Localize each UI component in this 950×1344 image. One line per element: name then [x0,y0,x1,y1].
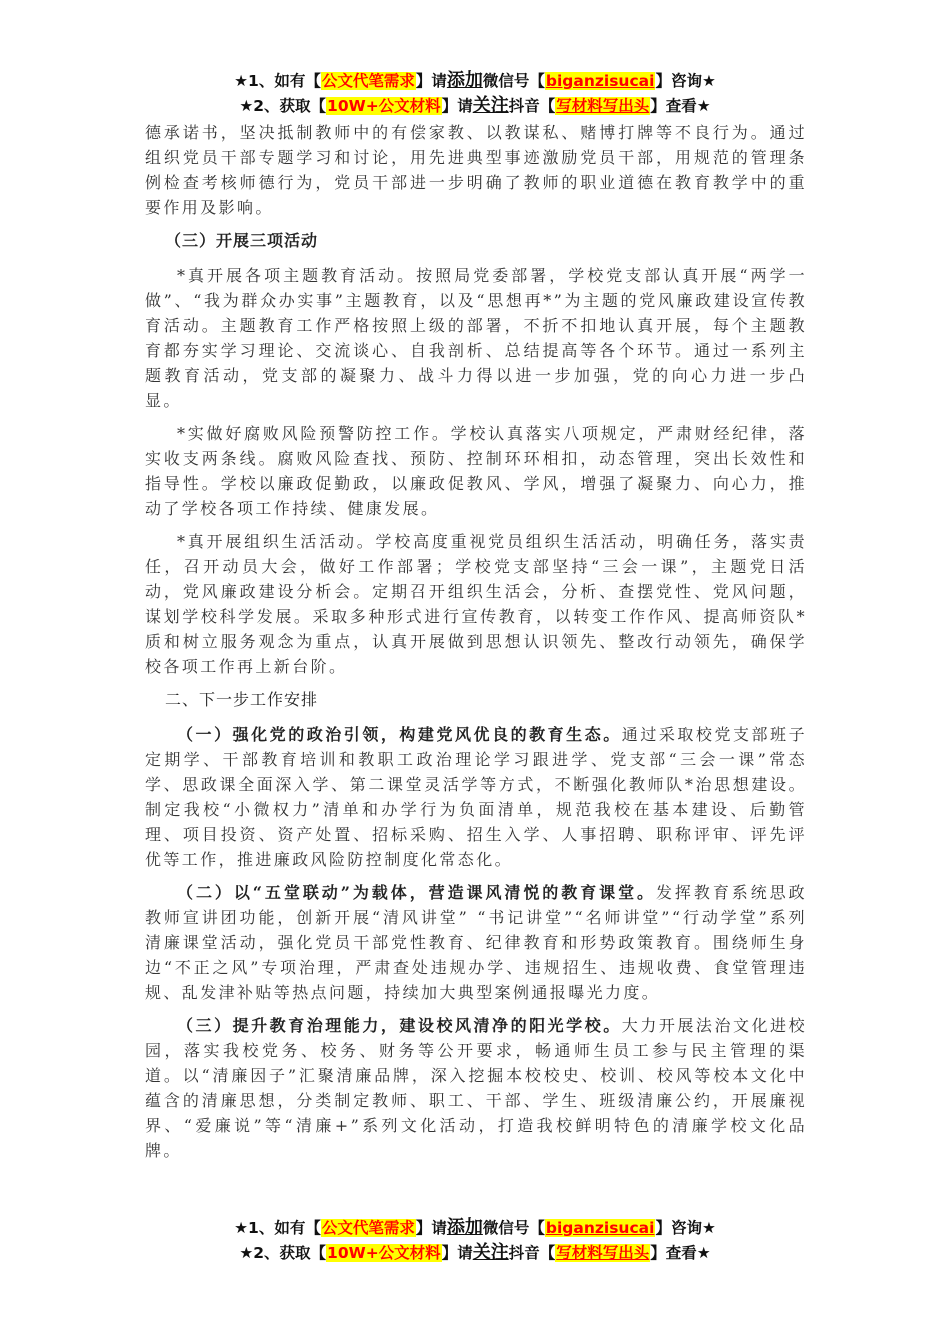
promo-prefix: ★1、如有【 [234,1219,321,1237]
promo-banner-bottom: ★1、如有【公文代笔需求】请添加微信号【biganzisucai】咨询★ ★2、… [0,1215,950,1265]
promo-douyin-account[interactable]: 写材料写出头 [555,1244,650,1262]
promo-suffix: 】咨询★ [655,1219,715,1237]
plan-3-text: 大力开展法治文化进校园，落实我校党务、校务、财务等公开要求，畅通师生员工参与民主… [145,1016,807,1160]
promo-highlight-service: 公文代笔需求 [321,72,416,90]
promo-suffix: 】咨询★ [655,72,715,90]
promo-text: 抖音【 [509,97,556,115]
promo-douyin-account[interactable]: 写材料写出头 [555,97,650,115]
promo-text: 】请 [416,72,447,90]
plan-1-text: 通过采取校党支部班子定期学、干部教育培训和教职工政治理论学习跟进学、党支部“三会… [145,725,807,869]
section-heading-next-steps: 二、下一步工作安排 [145,687,807,712]
promo-wechat-id[interactable]: biganzisucai [545,72,656,90]
paragraph-plan-3: （三）提升教育治理能力，建设校风清净的阳光学校。大力开展法治文化进校园，落实我校… [145,1013,807,1163]
section-heading-three-activities: （三）开展三项活动 [145,228,807,253]
promo-text: 】请 [442,97,473,115]
promo-emphasis: 关注 [473,1242,509,1263]
promo-text: 微信号【 [483,1219,545,1237]
document-page: ★1、如有【公文代笔需求】请添加微信号【biganzisucai】咨询★ ★2、… [0,0,950,1344]
promo-banner-top: ★1、如有【公文代笔需求】请添加微信号【biganzisucai】咨询★ ★2、… [0,68,950,118]
promo-prefix: ★2、获取【 [239,97,326,115]
promo-highlight-materials: 10W+公文材料 [326,1244,442,1262]
plan-3-lead: （三）提升教育治理能力，建设校风清净的阳光学校。 [177,1016,622,1035]
promo-emphasis: 添加 [447,70,483,91]
promo-line-1: ★1、如有【公文代笔需求】请添加微信号【biganzisucai】咨询★ [0,68,950,93]
promo-text: 】请 [442,1244,473,1262]
paragraph-activity-3: *真开展组织生活活动。学校高度重视党员组织生活活动，明确任务，落实责任，召开动员… [145,529,807,679]
promo-prefix: ★1、如有【 [234,72,321,90]
promo-line-1: ★1、如有【公文代笔需求】请添加微信号【biganzisucai】咨询★ [0,1215,950,1240]
promo-wechat-id[interactable]: biganzisucai [545,1219,656,1237]
promo-highlight-materials: 10W+公文材料 [326,97,442,115]
plan-2-lead: （二）以“五堂联动”为载体，营造课风清悦的教育课堂。 [177,883,656,902]
promo-text: 抖音【 [509,1244,556,1262]
paragraph-activity-2: *实做好腐败风险预警防控工作。学校认真落实八项规定，严肃财经纪律，落实收支两条线… [145,421,807,521]
promo-suffix: 】查看★ [650,97,710,115]
paragraph-plan-2: （二）以“五堂联动”为载体，营造课风清悦的教育课堂。发挥教育系统思政教师宣讲团功… [145,880,807,1005]
document-body: 德承诺书，坚决抵制教师中的有偿家教、以教谋私、赌博打牌等不良行为。通过组织党员干… [145,120,807,1171]
promo-highlight-service: 公文代笔需求 [321,1219,416,1237]
promo-suffix: 】查看★ [650,1244,710,1262]
paragraph-plan-1: （一）强化党的政治引领，构建党风优良的教育生态。通过采取校党支部班子定期学、干部… [145,722,807,872]
paragraph-continuation: 德承诺书，坚决抵制教师中的有偿家教、以教谋私、赌博打牌等不良行为。通过组织党员干… [145,120,807,220]
paragraph-activity-1: *真开展各项主题教育活动。按照局党委部署，学校党支部认真开展“两学一做”、“我为… [145,263,807,413]
promo-line-2: ★2、获取【10W+公文材料】请关注抖音【写材料写出头】查看★ [0,1240,950,1265]
promo-text: 】请 [416,1219,447,1237]
plan-1-lead: （一）强化党的政治引领，构建党风优良的教育生态。 [177,725,622,744]
promo-line-2: ★2、获取【10W+公文材料】请关注抖音【写材料写出头】查看★ [0,93,950,118]
promo-text: 微信号【 [483,72,545,90]
promo-emphasis: 关注 [473,95,509,116]
promo-emphasis: 添加 [447,1217,483,1238]
promo-prefix: ★2、获取【 [239,1244,326,1262]
